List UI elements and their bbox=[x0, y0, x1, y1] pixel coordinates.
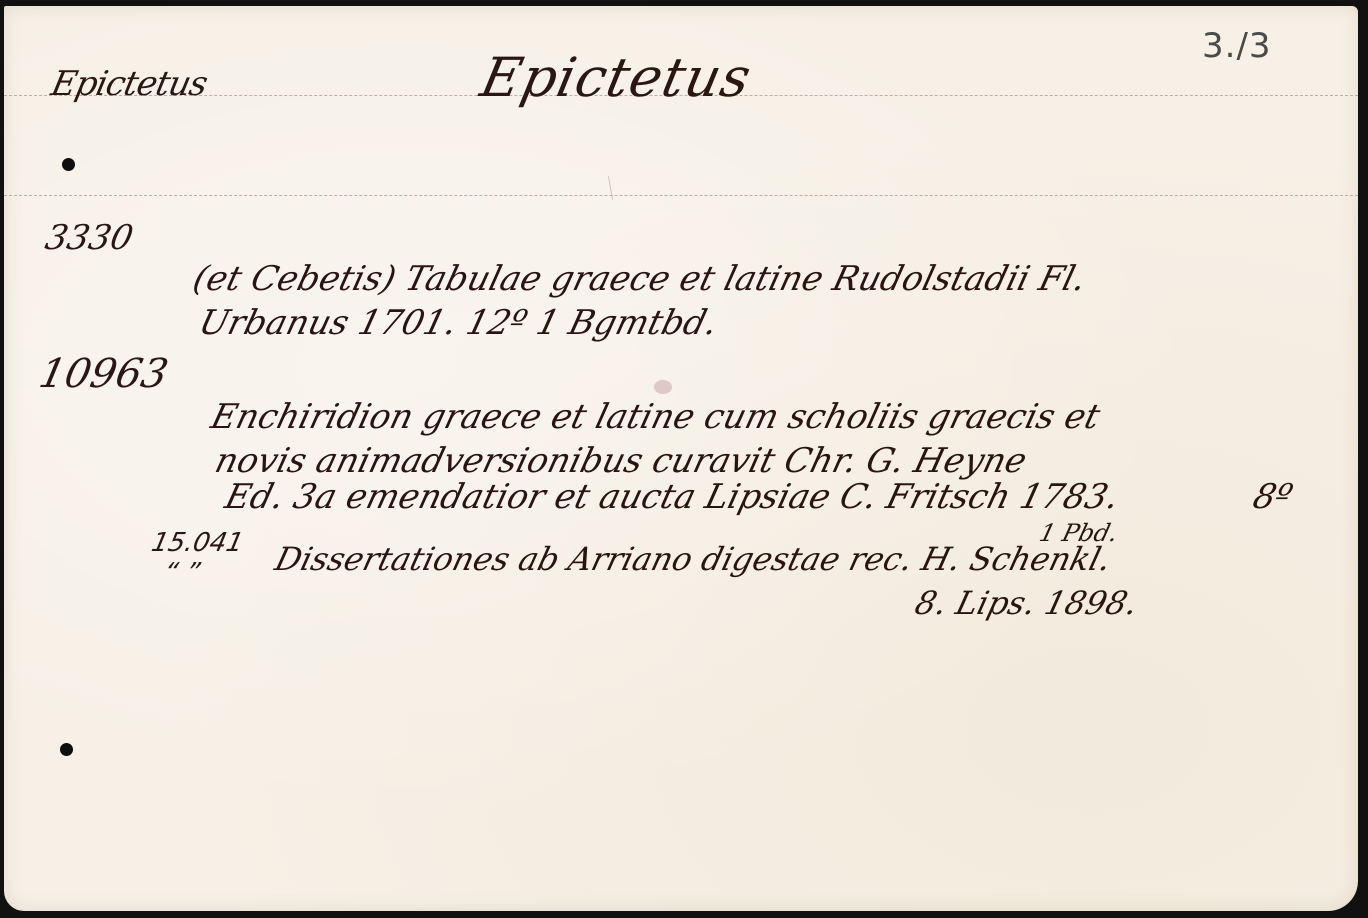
entry-line: 8. Lips. 1898. bbox=[910, 580, 1143, 626]
entry-line: Urbanus 1701. 12º 1 Bgmtbd. bbox=[194, 300, 722, 346]
punch-hole-lower bbox=[60, 743, 73, 756]
ruled-line-second bbox=[4, 195, 1358, 196]
entry-number: 3330 bbox=[42, 218, 137, 258]
entry-line: Ed. 3a emendatior et aucta Lipsiae C. Fr… bbox=[220, 474, 1123, 520]
entry-line: Enchiridion graece et latine cum scholii… bbox=[206, 394, 1105, 440]
ditto-marks: “ ” bbox=[161, 558, 203, 588]
entry-number: 15.041 bbox=[149, 528, 246, 558]
paper-crease bbox=[608, 176, 613, 200]
entry-line: Dissertationes ab Arriano digestae rec. … bbox=[270, 536, 1116, 582]
entry-note: 1 Pbd. bbox=[1034, 510, 1123, 556]
catalog-card: Epictetus Epictetus 3./3 3330 (et Cebeti… bbox=[4, 6, 1358, 911]
entry-number: 10963 bbox=[35, 351, 172, 397]
entry-format: 8º bbox=[1248, 474, 1297, 520]
entry-line: (et Cebetis) Tabulae graece et latine Ru… bbox=[188, 256, 1091, 302]
card-number: 3./3 bbox=[1202, 26, 1272, 66]
heading-author-small: Epictetus bbox=[48, 64, 211, 104]
heading-author-main: Epictetus bbox=[475, 46, 757, 109]
punch-hole-upper bbox=[62, 158, 75, 171]
ink-smudge bbox=[654, 380, 672, 394]
